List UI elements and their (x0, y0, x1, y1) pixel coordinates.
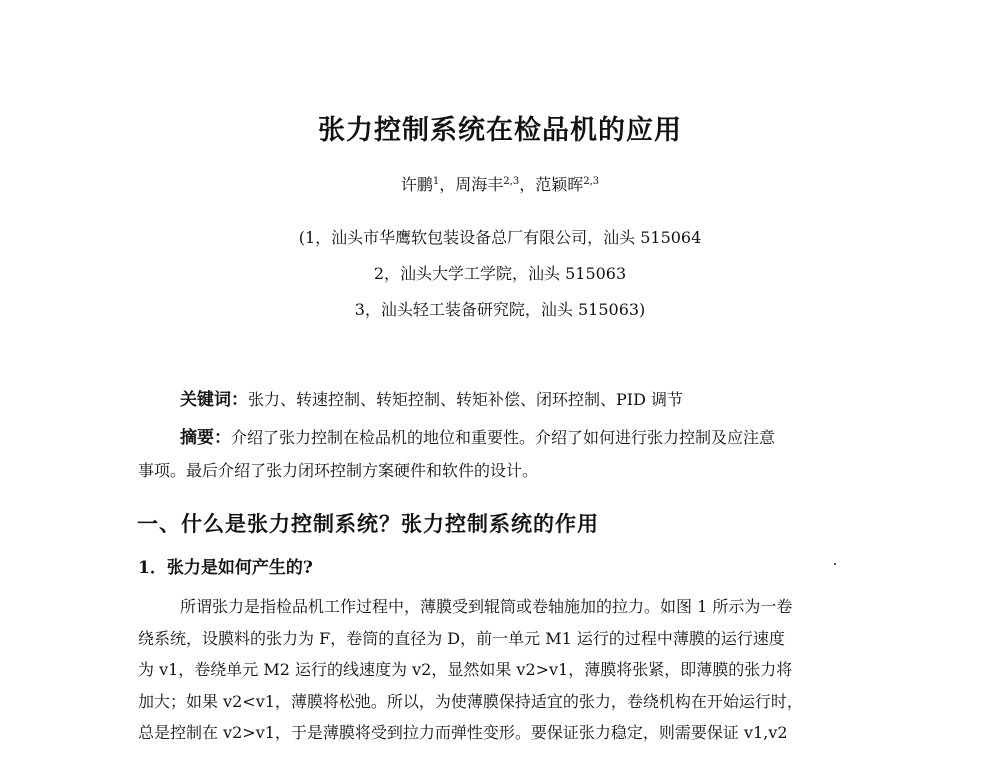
abstract: 摘要：介绍了张力控制在检品机的地位和重要性。介绍了如何进行张力控制及应注意 事项… (138, 422, 862, 486)
keywords-text: 张力、转速控制、转矩控制、转矩补偿、闭环控制、PID 调节 (248, 390, 683, 409)
affiliation-2: 2，汕头大学工学院，汕头 515063 (0, 261, 1000, 284)
section-heading: 一、什么是张力控制系统？张力控制系统的作用 (137, 508, 599, 538)
keywords-label: 关键词： (180, 390, 248, 410)
body-line: 加大；如果 v2<v1，薄膜将松弛。所以，为使薄膜保持适宜的张力，卷绕机构在开始… (138, 686, 862, 718)
body-line: 总是控制在 v2>v1，于是薄膜将受到拉力而弹性变形。要保证张力稳定，则需要保证… (138, 717, 862, 749)
author-separator: ， (439, 175, 455, 194)
affiliation-3: 3，汕头轻工装备研究院，汕头 515063) (0, 297, 1000, 320)
abstract-text: 介绍了张力控制在检品机的地位和重要性。介绍了如何进行张力控制及应注意 (231, 428, 775, 447)
author-name: 范颖晖 (535, 175, 583, 194)
keywords: 关键词：张力、转速控制、转矩控制、转矩补偿、闭环控制、PID 调节 (180, 385, 683, 410)
abstract-label: 摘要： (180, 428, 231, 448)
body-line: 为 v1，卷绕单元 M2 运行的线速度为 v2，显然如果 v2>v1，薄膜将张紧… (138, 654, 862, 686)
body-line: 所谓张力是指检品机工作过程中，薄膜受到辊筒或卷轴施加的拉力。如图 1 所示为一卷 (138, 591, 862, 623)
body-paragraph: 所谓张力是指检品机工作过程中，薄膜受到辊筒或卷轴施加的拉力。如图 1 所示为一卷… (138, 591, 862, 749)
author-separator: ， (519, 175, 535, 194)
author-affil-sup: 2,3 (503, 176, 519, 187)
affiliation-1: (1，汕头市华鹰软包装设备总厂有限公司，汕头 515064 (0, 225, 1000, 248)
abstract-line: 事项。最后介绍了张力闭环控制方案硬件和软件的设计。 (138, 455, 862, 487)
scan-speck (834, 563, 836, 565)
author-affil-sup: 2,3 (583, 176, 599, 187)
paper-title: 张力控制系统在检品机的应用 (0, 108, 1000, 147)
body-line: 绕系统，设膜料的张力为 F，卷筒的直径为 D，前一单元 M1 运行的过程中薄膜的… (138, 623, 862, 655)
paper-page: 张力控制系统在检品机的应用 许鹏1，周海丰2,3，范颖晖2,3 (1，汕头市华鹰… (0, 0, 1000, 760)
author-list: 许鹏1，周海丰2,3，范颖晖2,3 (0, 172, 1000, 195)
subsection-heading: 1．张力是如何产生的? (138, 553, 313, 578)
abstract-line: 摘要：介绍了张力控制在检品机的地位和重要性。介绍了如何进行张力控制及应注意 (138, 422, 862, 455)
author-name: 许鹏 (401, 175, 433, 194)
author-name: 周海丰 (455, 175, 503, 194)
